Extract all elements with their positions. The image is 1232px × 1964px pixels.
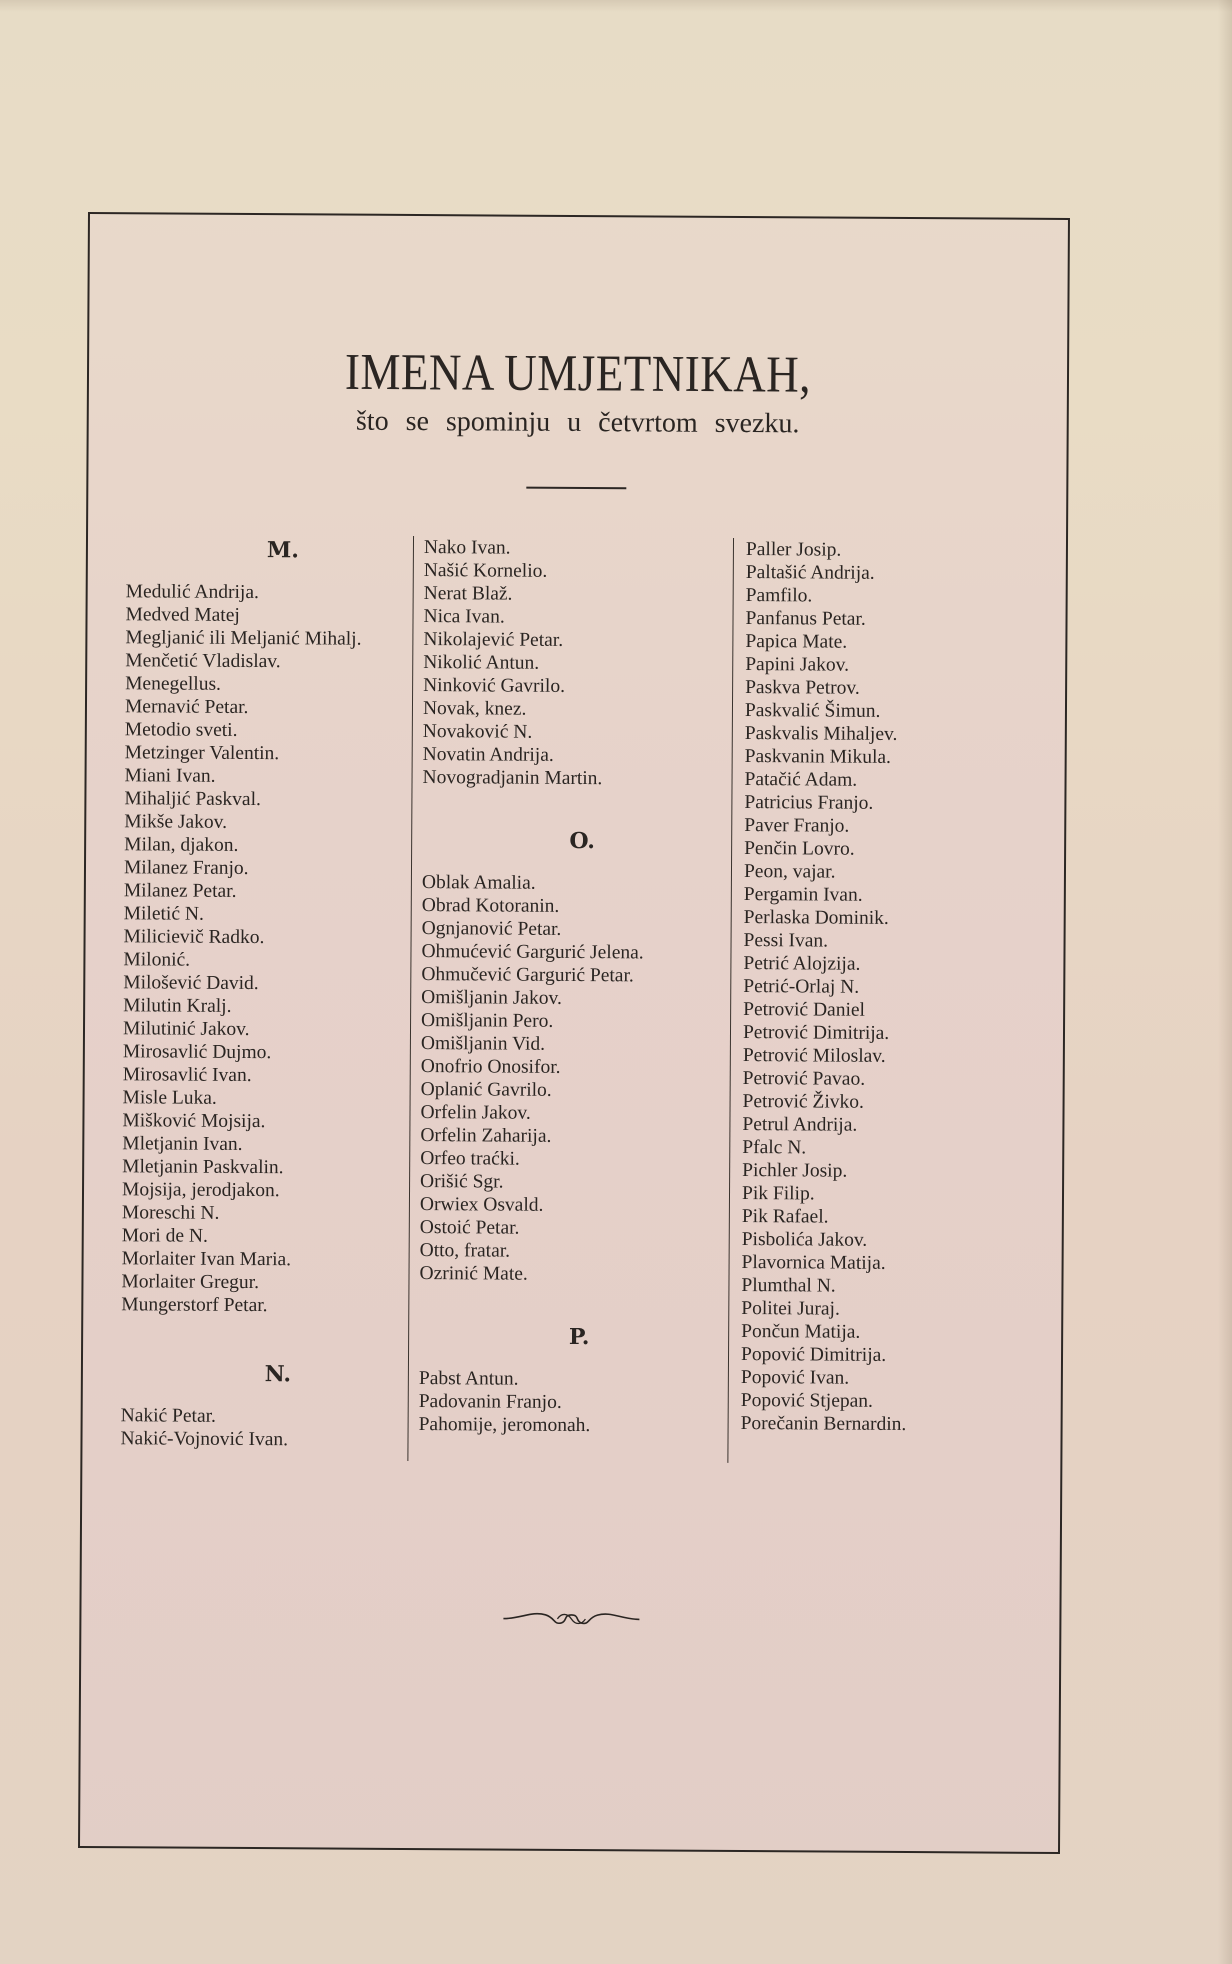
list-item: Popović Ivan. (741, 1366, 1041, 1391)
list-item: Pergamin Ivan. (744, 883, 1044, 908)
list-item: Papica Mate. (745, 630, 1045, 655)
list-item: Oblak Amalia. (422, 871, 742, 896)
list-item: Porečanin Bernardin. (741, 1412, 1041, 1437)
list-item: Miletić N. (116, 902, 406, 927)
list-item: Nako Ivan. (424, 536, 744, 561)
list-item: Pessi Ivan. (743, 929, 1043, 954)
name-list-p: Pabst Antun.Padovanin Franjo.Pahomije, j… (419, 1367, 739, 1438)
list-item: Plumthal N. (741, 1274, 1041, 1299)
list-item: Milutin Kralj. (115, 994, 405, 1019)
list-item: Paller Josip. (746, 538, 1046, 563)
list-item: Miani Ivan. (116, 764, 406, 789)
list-item: Pončun Matija. (741, 1320, 1041, 1345)
list-item: Nikolić Antun. (423, 651, 743, 676)
list-item: Našić Kornelio. (424, 559, 744, 584)
list-item: Mori de N. (114, 1224, 404, 1249)
list-item: Orišić Sgr. (420, 1170, 740, 1195)
list-item: Menčetić Vladislav. (117, 649, 407, 674)
list-item: Novak, knez. (423, 697, 743, 722)
list-item: Megljanić ili Meljanić Mihalj. (117, 626, 407, 651)
list-item: Nakić Petar. (113, 1404, 403, 1429)
list-item: Petrović Daniel (743, 998, 1043, 1023)
list-item: Omišljanin Pero. (421, 1009, 741, 1034)
list-item: Pabst Antun. (419, 1367, 739, 1392)
list-item: Moreschi N. (114, 1201, 404, 1226)
list-item: Politei Juraj. (741, 1297, 1041, 1322)
list-item: Milanez Petar. (116, 879, 406, 904)
list-item: Petrović Živko. (743, 1090, 1043, 1115)
list-item: Petrul Andrija. (742, 1113, 1042, 1138)
list-item: Peon, vajar. (744, 860, 1044, 885)
list-item: Plavornica Matija. (742, 1251, 1042, 1276)
list-item: Mirosavlić Ivan. (115, 1063, 405, 1088)
list-item: Paskva Petrov. (745, 676, 1045, 701)
list-item: Milicievič Radko. (116, 925, 406, 950)
list-item: Paskvanin Mikula. (745, 745, 1045, 770)
list-item: Milonić. (115, 948, 405, 973)
bordered-frame: IMENA UMJETNIKAH, što se spominju u četv… (78, 212, 1070, 1854)
page-title: IMENA UMJETNIKAH, (89, 340, 1067, 406)
list-item: Paskvalis Mihaljev. (745, 722, 1045, 747)
list-item: Pichler Josip. (742, 1159, 1042, 1184)
list-item: Novogradjanin Martin. (422, 766, 742, 791)
page-right-edge (1218, 0, 1232, 1964)
list-item: Paver Franjo. (744, 814, 1044, 839)
list-item: Paskvalić Šimun. (745, 699, 1045, 724)
name-list-o: Oblak Amalia.Obrad Kotoranin.Ognjanović … (419, 871, 742, 1287)
name-list-p-continued: Paller Josip.Paltašić Andrija.Pamfilo.Pa… (741, 538, 1046, 1437)
page-subtitle: što se spominju u četvrtom svezku. (89, 404, 1067, 442)
column-1: M. Medulić Andrija.Medved MatejMegljanić… (112, 534, 408, 1452)
list-item: Pamfilo. (746, 584, 1046, 609)
list-item: Ohmućević Gargurić Jelena. (421, 940, 741, 965)
list-item: Mirosavlić Dujmo. (115, 1040, 405, 1065)
section-letter-o: O. (422, 825, 742, 857)
list-item: Ozrinić Mate. (419, 1262, 739, 1287)
list-item: Misle Luka. (115, 1086, 405, 1111)
list-item: Omišljanin Jakov. (421, 986, 741, 1011)
list-item: Penčin Lovro. (744, 837, 1044, 862)
list-item: Mišković Mojsija. (114, 1109, 404, 1134)
title-divider (526, 487, 626, 490)
list-item: Panfanus Petar. (745, 607, 1045, 632)
list-item: Popović Stjepan. (741, 1389, 1041, 1414)
list-item: Metodio sveti. (117, 718, 407, 743)
list-item: Orwiex Osvald. (420, 1193, 740, 1218)
list-item: Mletjanin Ivan. (114, 1132, 404, 1157)
list-item: Orfelin Zaharija. (420, 1124, 740, 1149)
list-item: Milošević David. (115, 971, 405, 996)
list-item: Popović Dimitrija. (741, 1343, 1041, 1368)
name-list-n-continued: Nako Ivan.Našić Kornelio.Nerat Blaž.Nica… (422, 536, 744, 791)
column-3: Paller Josip.Paltašić Andrija.Pamfilo.Pa… (727, 538, 1046, 1465)
list-item: Pfalc N. (742, 1136, 1042, 1161)
section-letter-n: N. (113, 1358, 403, 1390)
list-item: Oplanić Gavrilo. (421, 1078, 741, 1103)
list-item: Mojsija, jerodjakon. (114, 1178, 404, 1203)
list-item: Mihaljić Paskval. (116, 787, 406, 812)
list-item: Medved Matej (117, 603, 407, 628)
name-list-n: Nakić Petar.Nakić-Vojnović Ivan. (112, 1404, 402, 1452)
list-item: Ninković Gavrilo. (423, 674, 743, 699)
list-item: Metzinger Valentin. (117, 741, 407, 766)
list-item: Mikše Jakov. (116, 810, 406, 835)
list-item: Perlaska Dominik. (744, 906, 1044, 931)
list-item: Petrić-Orlaj N. (743, 975, 1043, 1000)
list-item: Pik Filip. (742, 1182, 1042, 1207)
list-item: Pahomije, jeromonah. (419, 1413, 739, 1438)
list-item: Paltašić Andrija. (746, 561, 1046, 586)
flourish-icon (501, 1607, 641, 1632)
list-item: Nica Ivan. (423, 605, 743, 630)
list-item: Nakić-Vojnović Ivan. (112, 1427, 402, 1452)
list-item: Obrad Kotoranin. (422, 894, 742, 919)
list-item: Ohmučević Gargurić Petar. (421, 963, 741, 988)
list-item: Orfeo traćki. (420, 1147, 740, 1172)
section-letter-m: M. (118, 534, 408, 566)
list-item: Novaković N. (423, 720, 743, 745)
list-item: Nikolajević Petar. (423, 628, 743, 653)
list-item: Omišljanin Vid. (421, 1032, 741, 1057)
list-item: Mletjanin Paskvalin. (114, 1155, 404, 1180)
list-item: Pik Rafael. (742, 1205, 1042, 1230)
list-item: Petrović Dimitrija. (743, 1021, 1043, 1046)
list-item: Pisbolića Jakov. (742, 1228, 1042, 1253)
list-item: Morlaiter Ivan Maria. (114, 1247, 404, 1272)
list-item: Morlaiter Gregur. (113, 1270, 403, 1295)
list-item: Patricius Franjo. (744, 791, 1044, 816)
list-item: Mungerstorf Petar. (113, 1293, 403, 1318)
section-letter-p: P. (419, 1321, 739, 1353)
list-item: Petrović Miloslav. (743, 1044, 1043, 1069)
page-top-edge (0, 0, 1232, 12)
list-item: Onofrio Onosifor. (421, 1055, 741, 1080)
name-list-m: Medulić Andrija.Medved MatejMegljanić il… (113, 580, 407, 1318)
list-item: Padovanin Franjo. (419, 1390, 739, 1415)
list-item: Nerat Blaž. (424, 582, 744, 607)
list-item: Milutinić Jakov. (115, 1017, 405, 1042)
list-item: Papini Jakov. (745, 653, 1045, 678)
list-item: Otto, fratar. (420, 1239, 740, 1264)
list-item: Milan, djakon. (116, 833, 406, 858)
list-item: Orfelin Jakov. (420, 1101, 740, 1126)
list-item: Medulić Andrija. (118, 580, 408, 605)
list-item: Menegellus. (117, 672, 407, 697)
list-item: Petrović Pavao. (743, 1067, 1043, 1092)
list-item: Petrić Alojzija. (743, 952, 1043, 977)
list-item: Milanez Franjo. (116, 856, 406, 881)
list-item: Ostoić Petar. (420, 1216, 740, 1241)
column-2: Nako Ivan.Našić Kornelio.Nerat Blaž.Nica… (407, 536, 744, 1463)
list-item: Ognjanović Petar. (422, 917, 742, 942)
list-item: Mernavić Petar. (117, 695, 407, 720)
list-item: Novatin Andrija. (423, 743, 743, 768)
list-item: Patačić Adam. (744, 768, 1044, 793)
